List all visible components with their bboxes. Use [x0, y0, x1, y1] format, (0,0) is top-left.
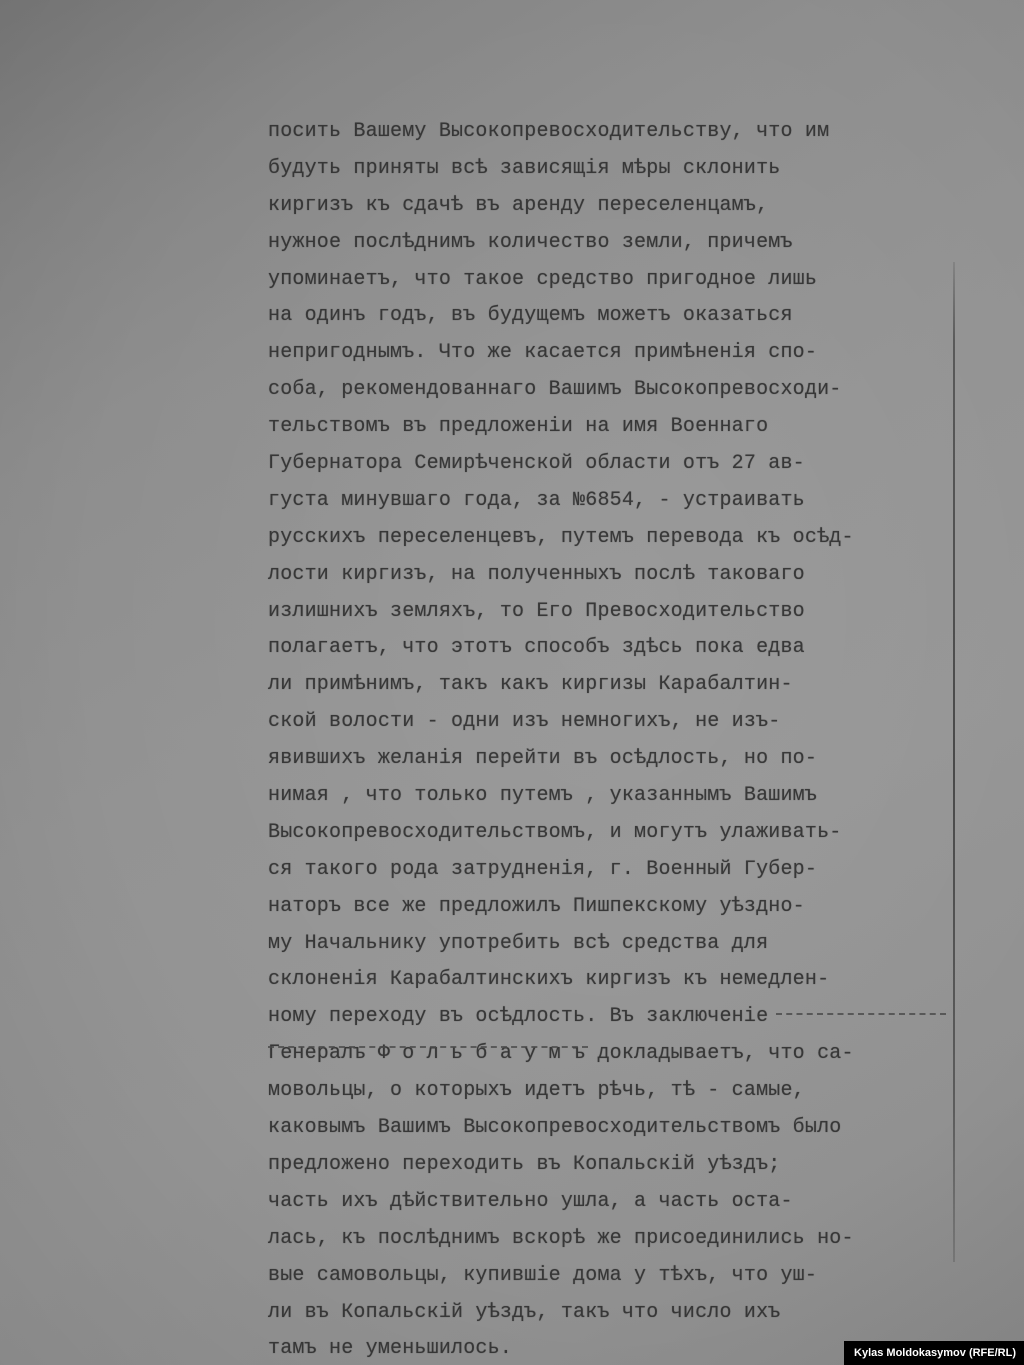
text-line: излишнихъ земляхъ, то Его Превосходитель… [268, 594, 948, 631]
photo-credit: Kylas Moldokasymov (RFE/RL) [844, 1341, 1024, 1365]
text-line: полагаетъ, что этотъ способъ здѣсь пока … [268, 630, 948, 667]
text-line: посить Вашему Высокопревосходительству, … [268, 114, 948, 151]
text-line: вые самовольцы, купившіе дома у тѣхъ, чт… [268, 1258, 948, 1295]
text-line: ской волости - одни изъ немногихъ, не из… [268, 704, 948, 741]
text-line: ли примѣнимъ, такъ какъ киргизы Карабалт… [268, 667, 948, 704]
text-line: предложено переходить въ Копальскій уѣзд… [268, 1147, 948, 1184]
text-line: Губернатора Семирѣченской области отъ 27… [268, 446, 948, 483]
text-line: тельствомъ въ предложеніи на имя Военнаг… [268, 409, 948, 446]
text-line: Генералъ Ф о л ь б а у м ъ докладываетъ,… [268, 1036, 948, 1073]
text-line: ли въ Копальскій уѣздъ, такъ что число и… [268, 1295, 948, 1332]
typewritten-text-body: посить Вашему Высокопревосходительству, … [268, 114, 948, 1365]
text-line: каковымъ Вашимъ Высокопревосходительство… [268, 1110, 948, 1147]
dashed-underline [268, 1046, 588, 1048]
text-line: нимая , что только путемъ , указаннымъ В… [268, 778, 948, 815]
text-line: мовольцы, о которыхъ идетъ рѣчь, тѣ - са… [268, 1073, 948, 1110]
text-line: киргизъ къ сдачѣ въ аренду переселенцамъ… [268, 188, 948, 225]
text-line: русскихъ переселенцевъ, путемъ перевода … [268, 520, 948, 557]
text-line: нужное послѣднимъ количество земли, прич… [268, 225, 948, 262]
text-line: лась, къ послѣднимъ вскорѣ же присоедини… [268, 1221, 948, 1258]
text-line: ному переходу въ осѣдлость. Въ заключені… [268, 999, 948, 1036]
dashed-underline [776, 1013, 946, 1015]
text-line: склоненія Карабалтинскихъ киргизъ къ нем… [268, 962, 948, 999]
text-line: на одинъ годъ, въ будущемъ можетъ оказат… [268, 298, 948, 335]
text-line: лости киргизъ, на полученныхъ послѣ тако… [268, 557, 948, 594]
text-line: упоминаетъ, что такое средство пригодное… [268, 262, 948, 299]
text-line: ся такого рода затрудненія, г. Военный Г… [268, 852, 948, 889]
text-line: Высокопревосходительствомъ, и могутъ ула… [268, 815, 948, 852]
margin-line [953, 262, 955, 1262]
text-line: соба, рекомендованнаго Вашимъ Высокопрев… [268, 372, 948, 409]
text-line: явившихъ желанія перейти въ осѣдлость, н… [268, 741, 948, 778]
text-line: непригоднымъ. Что же касается примѣненія… [268, 335, 948, 372]
text-line: му Начальнику употребить всѣ средства дл… [268, 926, 948, 963]
text-line: часть ихъ дѣйствительно ушла, а часть ос… [268, 1184, 948, 1221]
text-line: будуть приняты всѣ зависящія мѣры склони… [268, 151, 948, 188]
text-line: густа минувшаго года, за №6854, - устраи… [268, 483, 948, 520]
text-line: наторъ все же предложилъ Пишпекскому уѣз… [268, 889, 948, 926]
